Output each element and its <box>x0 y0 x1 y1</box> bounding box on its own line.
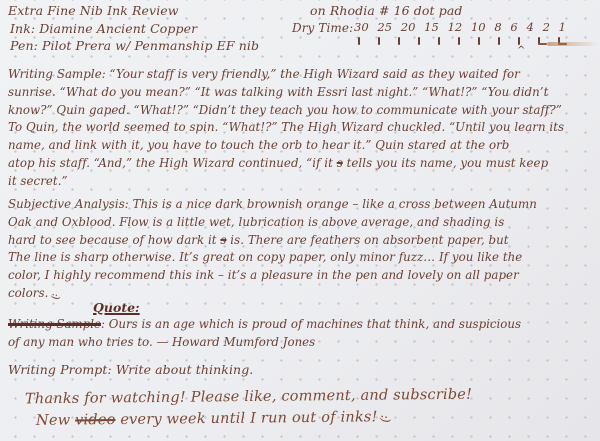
dry-time-tick <box>518 37 520 45</box>
line-text: atop his staff. “And,” the High Wizard c… <box>8 156 337 170</box>
ink-spec-line: Ink: Diamine Ancient Copper <box>10 21 197 36</box>
dry-time-tick <box>398 37 400 45</box>
dry-time-tick <box>418 37 420 45</box>
quote-label: Quote: <box>93 300 140 315</box>
handwriting-line: know?” Quin gaped. “What!?” “Didn’t they… <box>8 102 596 120</box>
line-text: tells you its name, you must keep <box>343 156 548 170</box>
paper-spec-line: on Rhodia # 16 dot pad <box>310 3 462 18</box>
handwriting-line: Writing Sample: “Your staff is very frie… <box>8 66 596 84</box>
writing-prompt-line: Writing Prompt: Write about thinking. <box>8 362 253 377</box>
page-title: Extra Fine Nib Ink Review <box>8 3 179 18</box>
dry-time-tick <box>378 37 380 45</box>
handwriting-line: Oak and Oxblood. Flow is a little wet, l… <box>8 214 596 232</box>
dry-time-tick <box>358 37 360 45</box>
quote-line: Writing Sample: Ours is an age which is … <box>8 317 521 331</box>
writing-sample-paragraph: Writing Sample: “Your staff is very frie… <box>8 66 596 191</box>
ink-smear <box>547 42 598 46</box>
dry-time-tick <box>438 37 440 45</box>
line-text: New <box>36 412 75 428</box>
dry-time-number: 1 <box>559 20 566 34</box>
smiley-face: :) <box>46 293 64 298</box>
dry-time-tick <box>478 37 480 45</box>
handwriting-line: The line is sharp otherwise. It’s great … <box>8 249 596 267</box>
dry-time-number: 30 <box>354 20 369 34</box>
handwriting-line: name, and link with it, you have to touc… <box>8 137 596 155</box>
dry-time-scale: 30 25 20 15 12 10 8 6 4 2 1 <box>354 20 566 34</box>
subjective-analysis-paragraph: Subjective Analysis: This is a nice dark… <box>8 196 596 304</box>
line-text: every week until I run out of inks! <box>115 409 382 428</box>
dry-time-tick-row <box>358 37 560 45</box>
dry-time-tick <box>498 37 500 45</box>
line-text: is. There are feathers on absorbent pape… <box>227 233 509 247</box>
dry-time-number: 2 <box>543 20 550 34</box>
dry-time-tick-smeared <box>538 37 540 45</box>
handwriting-line: atop his staff. “And,” the High Wizard c… <box>8 155 596 173</box>
dry-time-number: 12 <box>448 20 463 34</box>
closing-line: Thanks for watching! Please like, commen… <box>25 387 472 408</box>
dry-time-number: 25 <box>377 20 392 34</box>
dry-time-number: 20 <box>401 20 416 34</box>
handwriting-line: hard to see because of how dark it s is.… <box>8 232 596 250</box>
dry-time-label: Dry Time: <box>292 21 353 35</box>
closing-line: New video every week until I run out of … <box>36 409 389 429</box>
dry-time-caret-mark: ^ <box>517 45 525 56</box>
dry-time-number: 6 <box>510 20 517 34</box>
dry-time-number: 4 <box>527 20 534 34</box>
dry-time-tick <box>458 37 460 45</box>
line-text: : Ours is an age which is proud of machi… <box>101 317 521 331</box>
handwritten-ink-review-page: Extra Fine Nib Ink Review Ink: Diamine A… <box>0 0 600 441</box>
handwriting-line: color, I highly recommend this ink – it’… <box>8 267 596 285</box>
line-text: hard to see because of how dark it <box>8 233 220 247</box>
dry-time-number: 10 <box>471 20 486 34</box>
smiley-face: :) <box>379 415 393 422</box>
struck-word: video <box>75 412 116 428</box>
handwriting-line: it secret.” <box>8 173 596 191</box>
pen-spec-line: Pen: Pilot Prera w/ Penmanship EF nib <box>10 38 259 53</box>
dry-time-number: 8 <box>494 20 501 34</box>
quote-attribution-line: of any man who tries to. — Howard Mumfor… <box>8 335 315 349</box>
handwriting-line: To Quin, the world seemed to spin. “What… <box>8 119 596 137</box>
handwriting-line: Subjective Analysis: This is a nice dark… <box>8 196 596 214</box>
handwriting-line: sunrise. “What do you mean?” “It was tal… <box>8 84 596 102</box>
dry-time-number: 15 <box>424 20 439 34</box>
struck-section-label: Writing Sample <box>8 317 101 331</box>
